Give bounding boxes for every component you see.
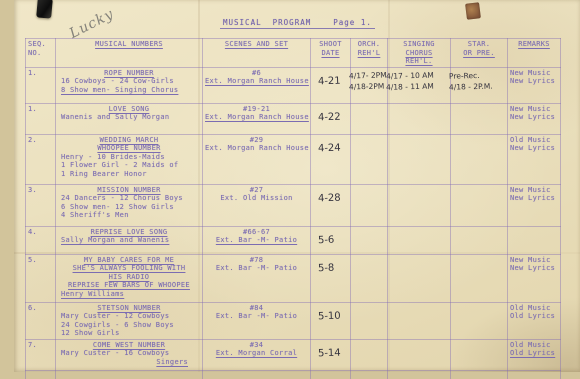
musical-title: COME WEST NUMBER <box>58 341 200 350</box>
remarks-line: Old Lyrics <box>510 349 558 358</box>
orch-rehearsal-cell <box>351 226 388 254</box>
remarks-cell: Old Music New Lyrics <box>508 134 561 184</box>
scene-number: #27 <box>205 186 308 195</box>
scanned-document: Lucky MUSICAL PROGRAMPage 1. SEQ. NO. MU… <box>0 0 580 379</box>
remarks-line: Old Music <box>510 341 558 350</box>
musical-title: STETSON NUMBER <box>58 304 200 313</box>
musical-cast-line: Mary Custer - 12 Cowboys <box>58 312 200 321</box>
table-row-empty <box>26 370 561 379</box>
singing-rehearsal-cell <box>388 134 451 184</box>
scene-location: Ext. Bar -M- Patio <box>205 264 308 273</box>
star-or-pre: 4/18 - 2P.M. <box>449 81 505 92</box>
scene-location: Ext. Morgan Ranch House <box>205 144 308 153</box>
orch-rehearsal: 4/17- 2PM <box>349 70 385 81</box>
shoot-date-cell: 5-6 <box>311 226 351 254</box>
singing-rehearsal-cell <box>388 254 451 302</box>
star-or-pre-cell <box>451 184 508 226</box>
remarks-line: New Lyrics <box>510 194 558 203</box>
musical-number-cell: MISSION NUMBER 24 Dancers - 12 Chorus Bo… <box>56 184 203 226</box>
scene-cell: #29 Ext. Morgan Ranch House <box>203 134 311 184</box>
shoot-date-cell: 4-28 <box>311 184 351 226</box>
scene-cell: #19-21 Ext. Morgan Ranch House <box>203 103 311 134</box>
scene-number: #29 <box>205 136 308 145</box>
scene-number: #78 <box>205 256 308 265</box>
table-row-my-baby-cares-for-me: 5. MY BABY CARES FOR ME SHE'S ALWAYS FOO… <box>26 254 561 302</box>
remarks-line: New Lyrics <box>510 77 558 86</box>
table-row-reprise-love-song: 4. REPRISE LOVE SONG Sally Morgan and Wa… <box>26 226 561 254</box>
seq-no-cell: 7. <box>26 339 56 370</box>
musical-cast-line: 12 Show Girls <box>58 329 200 338</box>
header-scenes-and-set: SCENES AND SET <box>203 39 311 68</box>
title-text: MUSICAL PROGRAM <box>223 18 311 27</box>
header-row: SEQ. NO. MUSICAL NUMBERS SCENES AND SET … <box>26 39 561 68</box>
scene-cell: #66-67 Ext. Bar -M- Patio <box>203 226 311 254</box>
musical-cast-line: 16 Cowboys - 24 Cow-Girls <box>58 77 200 86</box>
remarks-cell: New Music New Lyrics <box>508 103 561 134</box>
remarks-cell: New Music New Lyrics <box>508 254 561 302</box>
remarks-cell: Old Music Old Lyrics <box>508 302 561 339</box>
orch-rehearsal-cell <box>351 134 388 184</box>
shoot-date: 5-8 <box>318 262 335 274</box>
remarks-line: Old Music <box>510 136 558 145</box>
shoot-date-cell: 4-21 <box>311 67 351 103</box>
singing-rehearsal: 4/17 - 10 AM <box>386 70 448 82</box>
shoot-date-cell: 4-22 <box>311 103 351 134</box>
orch-rehearsal-cell <box>351 302 388 339</box>
star-or-pre-cell <box>451 339 508 370</box>
header-remarks: REMARKS <box>508 39 561 68</box>
musical-number-cell: WEDDING MARCH WHOOPEE NUMBER Henry - 10 … <box>56 134 203 184</box>
musical-title: WEDDING MARCH <box>58 136 200 145</box>
musical-number-cell: REPRISE LOVE SONG Sally Morgan and Wanen… <box>56 226 203 254</box>
musical-title: LOVE SONG <box>58 105 200 114</box>
star-or-pre-cell <box>451 254 508 302</box>
scene-location: Ext. Old Mission <box>205 194 308 203</box>
table-row-mission-number: 3. MISSION NUMBER 24 Dancers - 12 Chorus… <box>26 184 561 226</box>
scene-number: #84 <box>205 304 308 313</box>
document-title: MUSICAL PROGRAMPage 1. <box>220 18 375 29</box>
remarks-line: New Music <box>510 186 558 195</box>
header-orch-rehearsal: ORCH. REH'L <box>351 39 388 68</box>
shoot-date: 4-22 <box>318 111 341 123</box>
musical-title: ROPE NUMBER <box>58 69 200 78</box>
singing-rehearsal-cell <box>388 302 451 339</box>
musical-cast-line: Sally Morgan and Wanenis <box>58 236 200 245</box>
musical-cast-line: 4 Sheriff's Men <box>58 211 200 220</box>
musical-title: MY BABY CARES FOR ME <box>58 256 200 265</box>
seq-no-cell: 1. <box>26 67 56 103</box>
musical-cast-line: Singers <box>58 358 200 367</box>
star-or-pre: Pre-Rec. <box>449 70 505 81</box>
musical-program-table: SEQ. NO. MUSICAL NUMBERS SCENES AND SET … <box>25 38 561 379</box>
table-row-rope-number: 1. ROPE NUMBER 16 Cowboys - 24 Cow-Girls… <box>26 67 561 103</box>
shoot-date: 4-24 <box>318 142 341 154</box>
table-row-love-song: 1. LOVE SONG Wanenis and Sally Morgan #1… <box>26 103 561 134</box>
header-shoot-date: SHOOT DATE <box>311 39 351 68</box>
scene-cell: #78 Ext. Bar -M- Patio <box>203 254 311 302</box>
seq-no-cell: 2. <box>26 134 56 184</box>
scene-cell: #84 Ext. Bar -M- Patio <box>203 302 311 339</box>
staple-icon <box>36 0 53 19</box>
musical-cast-line: Henry Williams <box>58 290 200 299</box>
remarks-cell: New Music New Lyrics <box>508 184 561 226</box>
singing-rehearsal-cell <box>388 226 451 254</box>
remarks-line: New Music <box>510 105 558 114</box>
orch-rehearsal-cell <box>351 339 388 370</box>
seq-no-cell: 1. <box>26 103 56 134</box>
singing-rehearsal-cell <box>388 339 451 370</box>
musical-cast-line: 24 Cowgirls - 6 Show Boys <box>58 321 200 330</box>
shoot-date-cell: 5-10 <box>311 302 351 339</box>
table-row-wedding-march: 2. WEDDING MARCH WHOOPEE NUMBER Henry - … <box>26 134 561 184</box>
musical-cast-line: 1 Flower Girl - 2 Maids of <box>58 161 200 170</box>
star-or-pre-cell <box>451 103 508 134</box>
remarks-cell: New Music New Lyrics <box>508 67 561 103</box>
scene-number: #66-67 <box>205 228 308 237</box>
shoot-date: 5-10 <box>318 310 341 322</box>
musical-number-cell: LOVE SONG Wanenis and Sally Morgan <box>56 103 203 134</box>
scene-cell: #34 Ext. Morgan Corral <box>203 339 311 370</box>
remarks-line: New Lyrics <box>510 264 558 273</box>
seq-no-cell: 6. <box>26 302 56 339</box>
musical-cast-line: 1 Ring Bearer Honor <box>58 170 200 179</box>
orch-rehearsal-cell: 4/17- 2PM 4/18-2PM <box>351 67 388 103</box>
scene-location: Ext. Bar -M- Patio <box>205 236 308 245</box>
remarks-line: New Music <box>510 256 558 265</box>
orch-rehearsal-cell <box>351 254 388 302</box>
scene-cell: #27 Ext. Old Mission <box>203 184 311 226</box>
remarks-cell <box>508 226 561 254</box>
remarks-line: New Music <box>510 69 558 78</box>
singing-rehearsal-cell <box>388 184 451 226</box>
page-number: Page 1. <box>333 18 372 27</box>
stamp-mark-icon <box>465 2 481 20</box>
musical-cast-line: Henry - 10 Brides-Maids <box>58 153 200 162</box>
musical-title: MISSION NUMBER <box>58 186 200 195</box>
scene-cell: #6 Ext. Morgan Ranch House <box>203 67 311 103</box>
musical-cast-line: 8 Show men- Singing Chorus <box>58 86 200 95</box>
scene-number: #34 <box>205 341 308 350</box>
scene-location: Ext. Bar -M- Patio <box>205 312 308 321</box>
scene-location: Ext. Morgan Ranch House <box>205 77 308 86</box>
shoot-date-cell: 5-8 <box>311 254 351 302</box>
star-or-pre-cell <box>451 134 508 184</box>
shoot-date: 4-21 <box>318 75 341 87</box>
singing-rehearsal-cell: 4/17 - 10 AM 4/18 - 11 AM <box>388 67 451 103</box>
shoot-date: 5-14 <box>318 347 341 359</box>
header-star-or-pre: STAR. OR PRE. <box>451 39 508 68</box>
star-or-pre-cell <box>451 302 508 339</box>
musical-number-cell: COME WEST NUMBER Mary Custer - 16 Cowboy… <box>56 339 203 370</box>
seq-no-cell: 3. <box>26 184 56 226</box>
orch-rehearsal: 4/18-2PM <box>349 81 385 92</box>
scene-location: Ext. Morgan Ranch House <box>205 113 308 122</box>
table-row-come-west-number: 7. COME WEST NUMBER Mary Custer - 16 Cow… <box>26 339 561 370</box>
remarks-cell: Old Music Old Lyrics <box>508 339 561 370</box>
star-or-pre-cell: Pre-Rec. 4/18 - 2P.M. <box>451 67 508 103</box>
musical-number-cell: ROPE NUMBER 16 Cowboys - 24 Cow-Girls 8 … <box>56 67 203 103</box>
musical-cast-line: Wanenis and Sally Morgan <box>58 113 200 122</box>
scene-location: Ext. Morgan Corral <box>205 349 308 358</box>
shoot-date-cell: 4-24 <box>311 134 351 184</box>
remarks-line: New Lyrics <box>510 113 558 122</box>
musical-title: HIS RADIO <box>58 273 200 282</box>
scene-number: #19-21 <box>205 105 308 114</box>
musical-cast-line: 6 Show men- 12 Show Girls <box>58 203 200 212</box>
shoot-date: 4-28 <box>318 192 341 204</box>
remarks-line: Old Music <box>510 304 558 313</box>
musical-title: SHE'S ALWAYS FOOLING WITH <box>58 264 200 273</box>
orch-rehearsal-cell <box>351 103 388 134</box>
musical-cast-line: Mary Custer - 16 Cowboys <box>58 349 200 358</box>
star-or-pre-cell <box>451 226 508 254</box>
singing-rehearsal-cell <box>388 103 451 134</box>
musical-title: WHOOPEE NUMBER <box>58 144 200 153</box>
shoot-date: 5-6 <box>318 234 335 246</box>
seq-no-cell: 5. <box>26 254 56 302</box>
singing-rehearsal: 4/18 - 11 AM <box>386 81 448 93</box>
scene-number: #6 <box>205 69 308 78</box>
seq-no-cell: 4. <box>26 226 56 254</box>
musical-number-cell: STETSON NUMBER Mary Custer - 12 Cowboys … <box>56 302 203 339</box>
shoot-date-cell: 5-14 <box>311 339 351 370</box>
table-row-stetson-number: 6. STETSON NUMBER Mary Custer - 12 Cowbo… <box>26 302 561 339</box>
header-seq-no: SEQ. NO. <box>26 39 56 68</box>
musical-number-cell: MY BABY CARES FOR ME SHE'S ALWAYS FOOLIN… <box>56 254 203 302</box>
remarks-line: Old Lyrics <box>510 312 558 321</box>
remarks-line: New Lyrics <box>510 144 558 153</box>
musical-title: REPRISE FEW BARS OF WHOOPEE <box>58 281 200 290</box>
musical-title: REPRISE LOVE SONG <box>58 228 200 237</box>
musical-cast-line: 24 Dancers - 12 Chorus Boys <box>58 194 200 203</box>
header-musical-numbers: MUSICAL NUMBERS <box>56 39 203 68</box>
orch-rehearsal-cell <box>351 184 388 226</box>
header-singing-chorus-rehearsal: SINGING CHORUS REH'L. <box>388 39 451 68</box>
